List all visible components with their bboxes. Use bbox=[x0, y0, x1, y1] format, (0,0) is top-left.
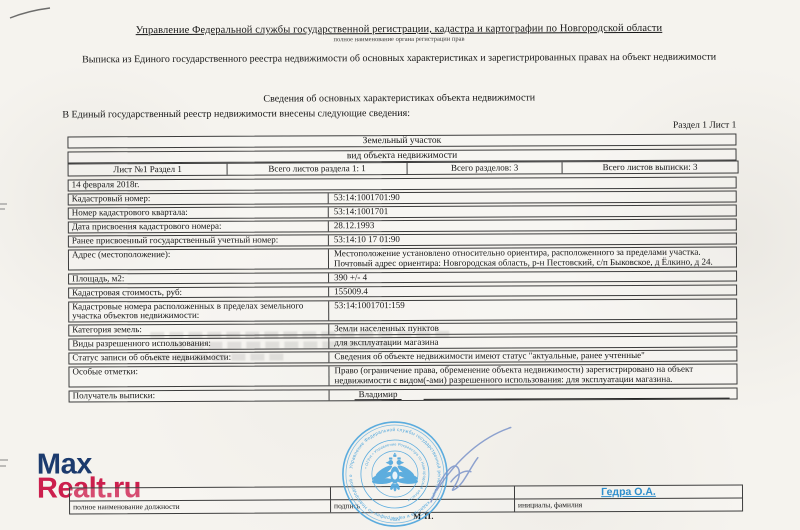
row-label: Виды разрешенного использования: bbox=[69, 338, 329, 349]
recipient-name: Владимир bbox=[355, 389, 402, 400]
row-label: Площадь, м2: bbox=[69, 273, 329, 284]
table-row-assign-date: Дата присвоения кадастрового номера: 28.… bbox=[68, 219, 737, 233]
scanned-egrn-extract-document: Управление Федеральной службы государств… bbox=[0, 0, 800, 530]
row-value: 53:14:1001701:90 bbox=[329, 192, 736, 203]
sheet-info-table: Лист №1 Раздел 1 Всего листов раздела 1:… bbox=[68, 161, 739, 177]
row-value: Земли населенных пунктов bbox=[329, 323, 736, 334]
details-table: 14 февраля 2018г. Кадастровый номер: 53:… bbox=[68, 177, 738, 405]
row-label: Категория земель: bbox=[69, 324, 329, 335]
row-value: Владимир bbox=[330, 388, 737, 400]
sheet-info-cell: Всего листов раздела 1: 1 bbox=[228, 163, 408, 175]
row-label: Получатель выписки: bbox=[70, 390, 330, 402]
row-value: для эксплуатации магазина bbox=[329, 337, 736, 348]
table-row-cadastral-number: Кадастровый номер: 53:14:1001701:90 bbox=[68, 191, 737, 205]
table-row-previous-number: Ранее присвоенный государственный учетны… bbox=[68, 233, 737, 247]
row-value: Сведения об объекте недвижимости имеют с… bbox=[329, 351, 736, 362]
row-label: Кадастровая стоимость, руб: bbox=[69, 287, 329, 298]
sheet-info-cell: Лист №1 Раздел 1 bbox=[69, 164, 228, 176]
document-title: Выписка из Единого государственного реес… bbox=[0, 51, 799, 65]
row-value: 53:14:1001701:159 bbox=[329, 299, 736, 320]
official-name: Гедра О.А. bbox=[515, 486, 742, 500]
sheet-info-cell: Всего листов выписки: 3 bbox=[563, 162, 738, 174]
section-title: Сведения об основных характеристиках объ… bbox=[0, 91, 799, 105]
intro-line: В Единый государственный реестр недвижим… bbox=[62, 108, 410, 121]
row-label: Кадастровые номера расположенных в преде… bbox=[69, 301, 329, 321]
sheet-info-cell: Всего разделов: 3 bbox=[408, 162, 563, 174]
row-label: Адрес (местоположение): bbox=[69, 249, 329, 269]
table-row-objects-within: Кадастровые номера расположенных в преде… bbox=[68, 298, 737, 322]
handwritten-signature bbox=[421, 423, 517, 515]
row-value: Местоположение установлено относительно … bbox=[329, 248, 736, 269]
table-row-special-notes: Особые отметки: Право (ограничение права… bbox=[68, 364, 737, 388]
object-type-value: Земельный участок bbox=[67, 134, 736, 149]
fill-line bbox=[423, 390, 729, 400]
stamp-number: «02» bbox=[390, 517, 401, 522]
row-value: 53:14:10 17 01:90 bbox=[329, 234, 736, 245]
position-caption: полное наименование должности bbox=[70, 500, 331, 513]
table-row-quarter-number: Номер кадастрового квартала: 53:14:10017… bbox=[68, 205, 737, 219]
double-headed-eagle-icon bbox=[371, 453, 418, 492]
table-row-record-status: Статус записи об объекте недвижимости: С… bbox=[68, 350, 737, 364]
row-value: 53:14:1001701 bbox=[329, 206, 736, 217]
table-row-land-category: Категория земель: Земли населенных пункт… bbox=[68, 322, 737, 336]
row-value: 155009.4 bbox=[329, 285, 736, 296]
table-row-cadastral-value: Кадастровая стоимость, руб: 155009.4 bbox=[68, 284, 737, 298]
position-cell bbox=[70, 487, 331, 501]
row-label: Статус записи об объекте недвижимости: bbox=[69, 352, 329, 363]
row-value: Право (ограничение права, обременение об… bbox=[329, 365, 736, 386]
table-row-recipient: Получатель выписки: Владимир bbox=[69, 387, 738, 402]
row-value: 28.12.1993 bbox=[329, 220, 736, 231]
row-label: Особые отметки: bbox=[69, 366, 329, 386]
extract-date: 14 февраля 2018г. bbox=[68, 177, 737, 191]
row-label: Кадастровый номер: bbox=[69, 193, 329, 204]
row-label: Ранее присвоенный государственный учетны… bbox=[69, 235, 329, 246]
name-caption: инициалы, фамилия bbox=[515, 499, 742, 512]
section-sheet-label: Раздел 1 Лист 1 bbox=[67, 121, 736, 134]
row-label: Дата присвоения кадастрового номера: bbox=[69, 221, 329, 232]
row-value: 390 +/- 4 bbox=[329, 271, 736, 282]
row-label: Номер кадастрового квартала: bbox=[69, 207, 329, 218]
table-row-address: Адрес (местоположение): Местоположение у… bbox=[68, 247, 737, 271]
table-row-area: Площадь, м2: 390 +/- 4 bbox=[68, 270, 737, 284]
table-row-permitted-use: Виды разрешенного использования: для экс… bbox=[68, 336, 737, 350]
